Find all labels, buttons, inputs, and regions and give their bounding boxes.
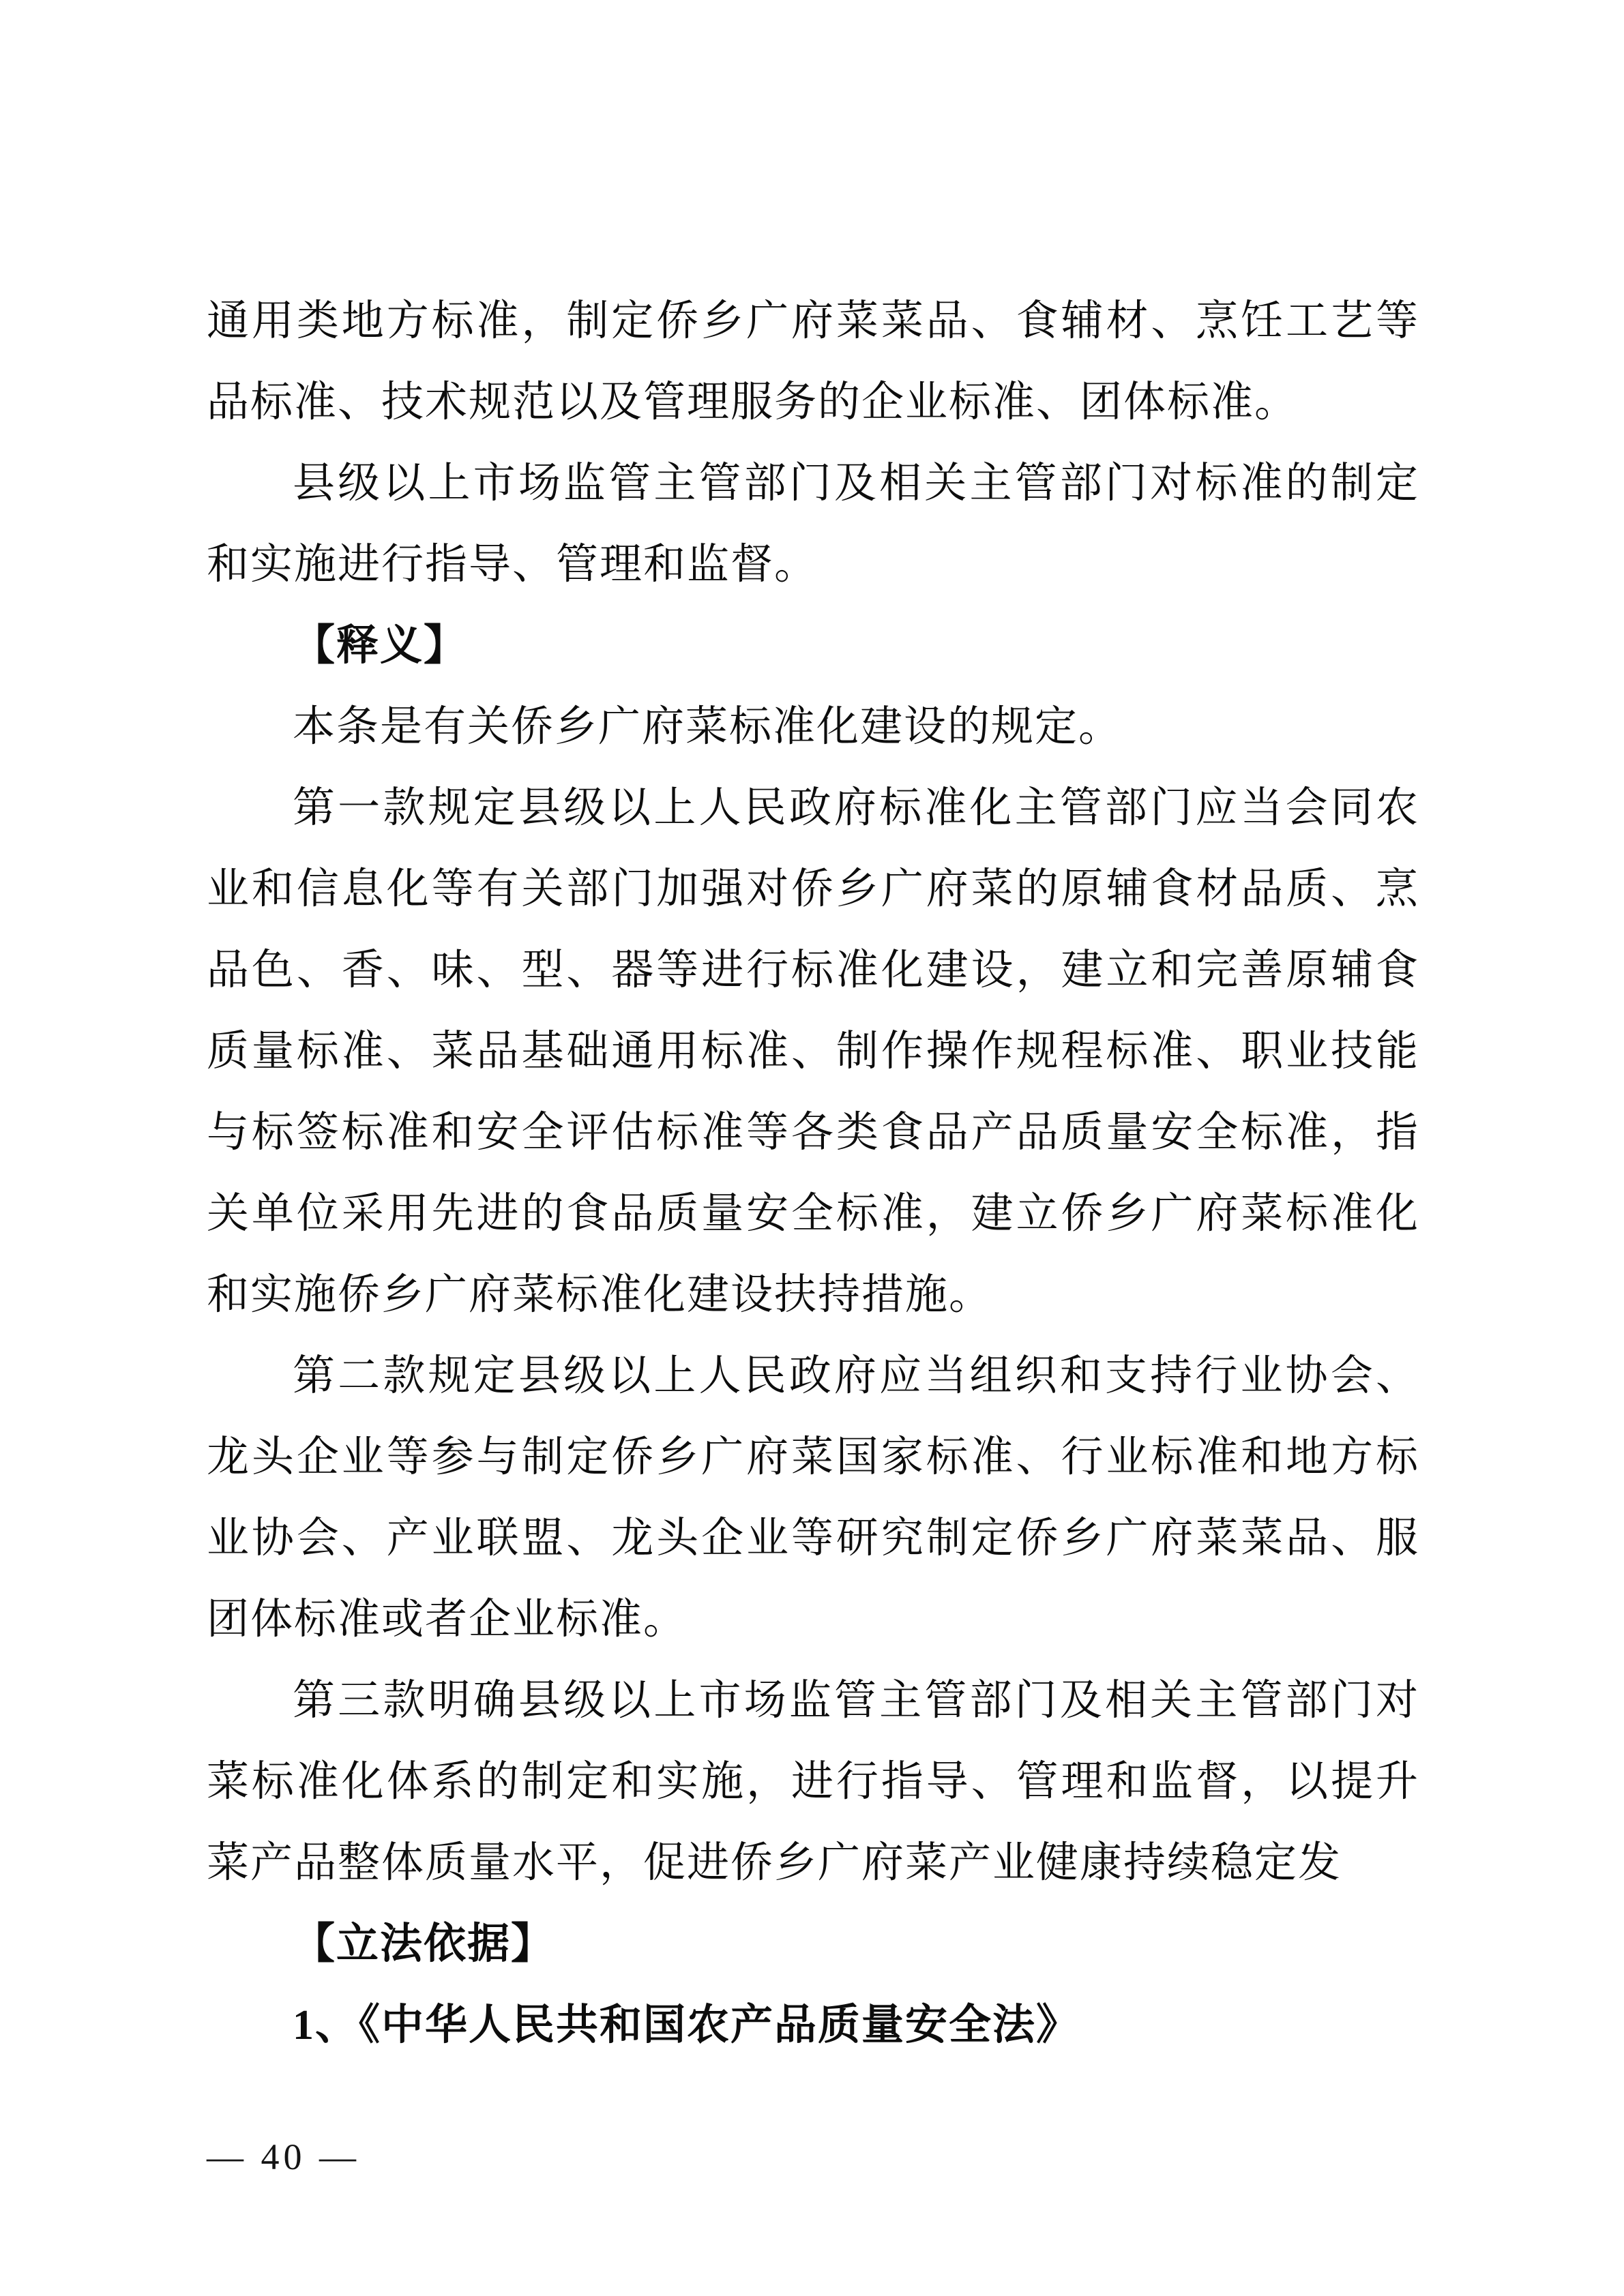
lifayiju-section-heading: 【立法依据】 xyxy=(207,1904,1419,1985)
annotation-line: 业和信息化等有关部门加强对侨乡广府菜的原辅食材品质、烹饪工艺、菜 xyxy=(207,849,1419,930)
shiyi-section-heading: 【释义】 xyxy=(207,606,1419,687)
statute-line: 通用类地方标准，制定侨乡广府菜菜品、食辅材、烹饪工艺等食 xyxy=(207,281,1419,362)
document-body: 通用类地方标准，制定侨乡广府菜菜品、食辅材、烹饪工艺等食 品标准、技术规范以及管… xyxy=(207,281,1419,2066)
annotation-line: 质量标准、菜品基础通用标准、制作操作规程标准、职业技能标准、包装 xyxy=(207,1011,1419,1092)
statute-line: 品标准、技术规范以及管理服务的企业标准、团体标准。 xyxy=(207,362,1419,443)
statute-line: 县级以上市场监管主管部门及相关主管部门对标准的制定 xyxy=(207,443,1419,524)
legal-basis-item: 1、《中华人民共和国农产品质量安全法》 xyxy=(207,1985,1419,2066)
document-page: 通用类地方标准，制定侨乡广府菜菜品、食辅材、烹饪工艺等食 品标准、技术规范以及管… xyxy=(0,0,1624,2296)
page-number: — 40 — xyxy=(207,2133,360,2181)
annotation-line: 业协会、产业联盟、龙头企业等研究制定侨乡广府菜菜品、服务、营养等 xyxy=(207,1498,1419,1579)
annotation-line: 关单位采用先进的食品质量安全标准，建立侨乡广府菜标准化体系，制定 xyxy=(207,1174,1419,1255)
annotation-line: 龙头企业等参与制定侨乡广府菜国家标准、行业标准和地方标准。鼓励行 xyxy=(207,1417,1419,1498)
annotation-line: 第一款规定县级以上人民政府标准化主管部门应当会同农业农村、工 xyxy=(207,768,1419,849)
annotation-line: 团体标准或者企业标准。 xyxy=(207,1579,1419,1660)
annotation-line: 与标签标准和安全评估标准等各类食品产品质量安全标准，指导和支持有 xyxy=(207,1092,1419,1174)
annotation-line: 第二款规定县级以上人民政府应当组织和支持行业协会、产业联盟、 xyxy=(207,1336,1419,1417)
annotation-line: 本条是有关侨乡广府菜标准化建设的规定。 xyxy=(207,687,1419,768)
annotation-line: 品色、香、味、型、器等进行标准化建设，建立和完善原辅食材生态环境 xyxy=(207,930,1419,1011)
statute-line: 和实施进行指导、管理和监督。 xyxy=(207,524,1419,606)
annotation-line: 和实施侨乡广府菜标准化建设扶持措施。 xyxy=(207,1255,1419,1336)
annotation-line: 菜标准化体系的制定和实施，进行指导、管理和监督，以提升和保障预制 xyxy=(207,1742,1419,1823)
annotation-line: 第三款明确县级以上市场监管主管部门及相关主管部门对侨乡广府 xyxy=(207,1660,1419,1742)
annotation-line: 菜产品整体质量水平，促进侨乡广府菜产业健康持续稳定发展。 xyxy=(207,1823,1419,1904)
